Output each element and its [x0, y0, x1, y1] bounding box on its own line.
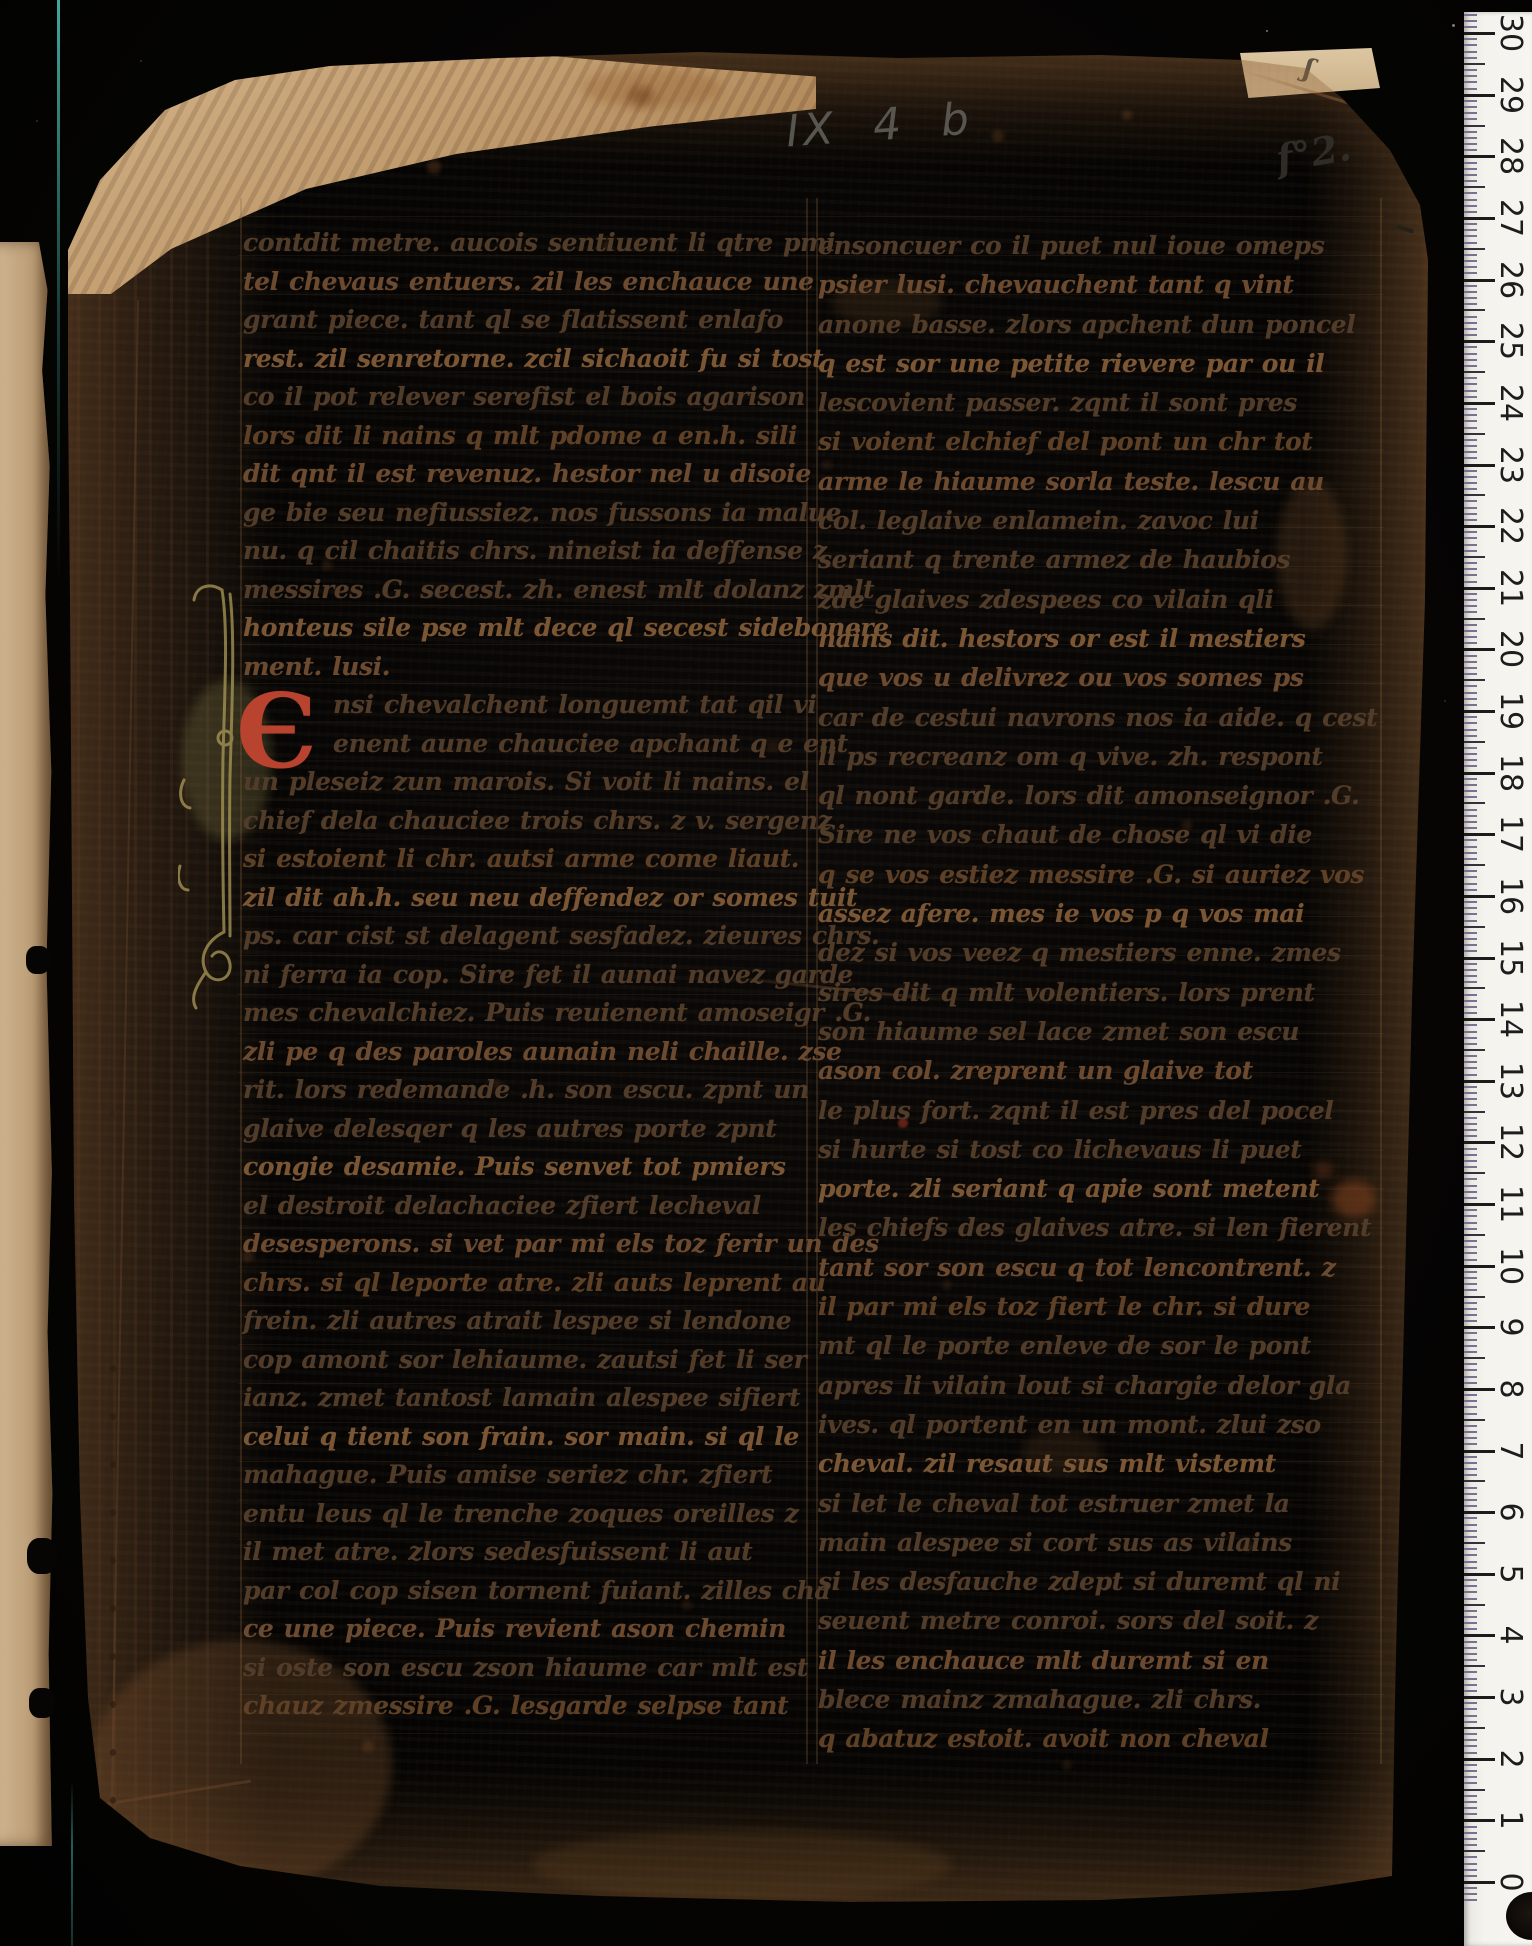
ruler-tick: [1464, 439, 1477, 441]
ruler-number: 17: [1480, 804, 1532, 864]
ruler-tick: [1464, 1252, 1477, 1254]
ruler-tick: [1464, 1154, 1477, 1156]
ruler-tick: [1464, 1092, 1477, 1094]
manuscript-line: sires dit q mlt volentiers. lors prent: [818, 973, 1376, 1012]
ruler-number: 9: [1480, 1297, 1532, 1357]
sewing-hole: [110, 1653, 116, 1660]
ruler-tick: [1464, 1431, 1477, 1433]
ruler-tick: [1464, 692, 1477, 694]
ruler-tick: [1464, 920, 1477, 922]
ruler-tick: [1464, 38, 1477, 40]
ruler-tick: [1464, 26, 1477, 28]
facing-leaf-edge: [0, 242, 54, 1846]
dust-speck: [1266, 30, 1268, 32]
ruler-tick: [1464, 1228, 1477, 1230]
ruler-tick: [1464, 500, 1477, 502]
ruler-tick: [1464, 981, 1477, 983]
ruler-tick: [1464, 1832, 1477, 1834]
ruler-tick: [1464, 1487, 1477, 1489]
manuscript-line: rit. lors redemande .h. son escu. zpnt u…: [243, 1071, 805, 1110]
ruler-tick: [1464, 1413, 1477, 1415]
ruler-tick: [1464, 765, 1477, 767]
ruler-tick: [1464, 913, 1477, 915]
ruler-tick: [1464, 316, 1477, 318]
ruler-tick: [1464, 1129, 1477, 1131]
ruler-tick: [1464, 938, 1477, 940]
top-edge-shading: [62, 40, 1432, 170]
manuscript-line: arme le hiaume sorla teste. lescu au: [818, 462, 1376, 501]
ruler-tick: [1464, 1893, 1477, 1895]
ruler-number: 11: [1480, 1174, 1532, 1234]
manuscript-line: contdit metre. aucois sentiuent li qtre …: [243, 224, 805, 263]
ruler-tick: [1464, 297, 1477, 299]
ruler-tick: [1464, 1869, 1477, 1871]
ruler-tick: [1464, 1739, 1477, 1741]
manuscript-line: mt ql le porte enleve de sor le pont: [818, 1326, 1376, 1365]
manuscript-line: ni ferra ia cop. Sire fet il aunai navez…: [243, 956, 805, 995]
ruler-tick: [1464, 537, 1477, 539]
ruler-number: 27: [1480, 188, 1532, 248]
spine-crease: [111, 300, 139, 1800]
ruler-tick: [1464, 112, 1477, 114]
ruler-tick: [1464, 1006, 1477, 1008]
ruler-tick: [1464, 137, 1477, 139]
ruler-tick: [1464, 1561, 1477, 1563]
ruler-tick: [1464, 1308, 1477, 1310]
manuscript-line: li ps recreanz om q vive. zh. respont: [818, 737, 1376, 776]
sewing-hole: [110, 1365, 116, 1372]
ruler-tick: [1464, 1505, 1477, 1507]
ruler-tick: [1464, 254, 1477, 256]
ruler-tick: [1464, 636, 1477, 638]
manuscript-line: dez si vos veez q mestiers enne. zmes: [818, 933, 1376, 972]
manuscript-line: cop amont sor lehiaume. zautsi fet li se…: [243, 1341, 805, 1380]
ruler-tick: [1464, 1369, 1477, 1371]
ruler-tick: [1464, 396, 1477, 398]
sewing-hole: [110, 1605, 116, 1612]
manuscript-line: nsi chevalchent longuemt tat qil vi: [333, 686, 805, 725]
glass-edge-line-top: [57, 0, 60, 580]
ruler-tick: [1464, 211, 1477, 213]
manuscript-line: apres li vilain lout si chargie delor gl…: [818, 1366, 1376, 1405]
ruler-number: 3: [1480, 1667, 1532, 1727]
ruler-tick: [1464, 1616, 1477, 1618]
ruler-tick: [1464, 1844, 1477, 1846]
manuscript-line: un pleseiz zun marois. Si voit li nains.…: [243, 763, 805, 802]
ruler-tick: [1464, 57, 1477, 59]
ruler-tick: [1464, 1246, 1477, 1248]
ruler-tick: [1464, 143, 1477, 145]
ruler-tick: [1464, 353, 1477, 355]
manuscript-line: congie desamie. Puis senvet tot pmiers: [243, 1148, 805, 1187]
ruler-tick: [1464, 815, 1477, 817]
manuscript-line: ason col. zreprent un glaive tot: [818, 1051, 1376, 1090]
ruler-tick: [1464, 1191, 1477, 1193]
ruler-tick: [1464, 975, 1477, 977]
manuscript-line: glaive delesqer q les autres porte zpnt: [243, 1110, 805, 1149]
ruler-tick: [1464, 611, 1477, 613]
ruler-tick: [1464, 1363, 1477, 1365]
ruler-number: 7: [1480, 1421, 1532, 1481]
manuscript-line: son hiaume sel lace zmet son escu: [818, 1012, 1376, 1051]
stub-notch: [29, 1688, 55, 1718]
ruler-tick: [1464, 1708, 1477, 1710]
ruler-tick: [1464, 1197, 1477, 1199]
manuscript-line: nu. q cil chaitis chrs. nineist ia deffe…: [243, 532, 805, 571]
ruler-tick: [1464, 1801, 1477, 1803]
ruler-tick: [1464, 235, 1477, 237]
ruler-tick: [1464, 1074, 1477, 1076]
ruler-number: 4: [1480, 1605, 1532, 1665]
ruler-tick: [1464, 1376, 1477, 1378]
ruler-number: 30: [1480, 3, 1532, 63]
ruler-tick: [1464, 581, 1477, 583]
ruler-tick: [1464, 876, 1477, 878]
ruler-tick: [1464, 1043, 1477, 1045]
ruler-tick: [1464, 359, 1477, 361]
ruler-tick: [1464, 907, 1477, 909]
ruler-number: 22: [1480, 496, 1532, 556]
ruler-tick: [1464, 1400, 1477, 1402]
manuscript-line: q se vos estiez messire .G. si auriez vo…: [818, 855, 1376, 894]
ruler-tick: [1464, 383, 1477, 385]
ruler-tick: [1464, 1770, 1477, 1772]
bottom-edge-shading: [62, 1766, 1432, 1916]
dust-speck: [140, 60, 142, 62]
centimeter-ruler: 0123456789101112131415161718192021222324…: [1464, 12, 1532, 1946]
ruler-tick: [1464, 1135, 1477, 1137]
ruler-tick: [1464, 568, 1477, 570]
ruler-number: 24: [1480, 373, 1532, 433]
ruler-tick: [1464, 1148, 1477, 1150]
ruler-tick: [1464, 747, 1477, 749]
ruler-tick: [1464, 199, 1477, 201]
ruler-tick: [1464, 1061, 1477, 1063]
ruler-number: 16: [1480, 866, 1532, 926]
sewing-hole: [110, 650, 115, 656]
ruler-tick: [1464, 131, 1477, 133]
ruler-tick: [1464, 673, 1477, 675]
manuscript-line: celui q tient son frain. sor main. si ql…: [243, 1418, 805, 1457]
ruler-tick: [1464, 550, 1477, 552]
ruler-tick: [1464, 1123, 1477, 1125]
ruler-tick: [1464, 1345, 1477, 1347]
sewing-hole: [110, 1461, 116, 1468]
ruler-number: 2: [1480, 1729, 1532, 1789]
ruler-tick: [1464, 1178, 1477, 1180]
ruler-tick: [1464, 1647, 1477, 1649]
ruler-tick: [1464, 100, 1477, 102]
manuscript-line: blece mainz zmahague. zli chrs.: [818, 1680, 1376, 1719]
sewing-hole: [110, 1413, 116, 1420]
ruler-tick: [1464, 1314, 1477, 1316]
ruler-tick: [1464, 303, 1477, 305]
foxing-spot: [1122, 110, 1132, 120]
ruler-tick: [1464, 1067, 1477, 1069]
ruler-tick: [1464, 205, 1477, 207]
manuscript-line: il par mi els toz fiert le chr. si dure: [818, 1287, 1376, 1326]
manuscript-line: tant sor son escu q tot lencontrent. z: [818, 1248, 1376, 1287]
gutter-shading: [62, 140, 272, 1880]
ruler-tick: [1464, 1610, 1477, 1612]
manuscript-line: ment. lusi.: [243, 648, 805, 687]
ruler-number: 18: [1480, 743, 1532, 803]
ruler-tick: [1464, 729, 1477, 731]
ruler-tick: [1464, 1425, 1477, 1427]
manuscript-line: si les desfauche zdept si duremt ql ni: [818, 1562, 1376, 1601]
ruler-tick: [1464, 328, 1477, 330]
ruler-tick: [1464, 698, 1477, 700]
ruler-tick: [1464, 599, 1477, 601]
ruler-tick: [1464, 1715, 1477, 1717]
ruler-tick: [1464, 531, 1477, 533]
ruler-number: 20: [1480, 619, 1532, 679]
ruler-tick: [1464, 1283, 1477, 1285]
ruler-tick: [1464, 1037, 1477, 1039]
manuscript-line: nains dit. hestors or est il mestiers: [818, 619, 1376, 658]
ruler-tick: [1464, 1548, 1477, 1550]
ruler-tick: [1464, 722, 1477, 724]
manuscript-line: messires .G. secest. zh. enest mlt dolan…: [243, 571, 805, 610]
ruler-tick: [1464, 1160, 1477, 1162]
ruler-tick: [1464, 1899, 1477, 1901]
foxing-spot: [362, 1740, 374, 1752]
ruler-tick: [1464, 1628, 1477, 1630]
ruler-tick: [1464, 1579, 1477, 1581]
ruler-number: 8: [1480, 1359, 1532, 1419]
ruler-tick: [1464, 685, 1477, 687]
ruler-tick: [1464, 88, 1477, 90]
ruler-tick: [1464, 408, 1477, 410]
ruler-tick: [1464, 969, 1477, 971]
ruler-tick: [1464, 476, 1477, 478]
foxing-spot: [1062, 1760, 1072, 1770]
ruler-tick: [1464, 1474, 1477, 1476]
manuscript-line: le plus fort. zqnt il est pres del pocel: [818, 1091, 1376, 1130]
ruler-tick: [1464, 1690, 1477, 1692]
ruler-tick: [1464, 950, 1477, 952]
ruler-tick: [1464, 51, 1477, 53]
ruler-tick: [1464, 390, 1477, 392]
ruler-tick: [1464, 889, 1477, 891]
manuscript-line: honteus sile pse mlt dece ql secest side…: [243, 609, 805, 648]
foxing-spot: [992, 130, 1004, 142]
ruler-tick: [1464, 932, 1477, 934]
manuscript-line: assez afere. mes ie vos p q vos mai: [818, 894, 1376, 933]
ruler-tick: [1464, 1166, 1477, 1168]
ruler-tick: [1464, 778, 1477, 780]
ruler-tick: [1464, 605, 1477, 607]
ruler-tick: [1464, 482, 1477, 484]
foxing-spot: [427, 160, 441, 174]
ruler-tick: [1464, 1332, 1477, 1334]
ruler-tick: [1464, 1209, 1477, 1211]
ruler-tick: [1464, 291, 1477, 293]
ruler-tick: [1464, 655, 1477, 657]
ruler-tick: [1464, 192, 1477, 194]
ruler-tick: [1464, 1031, 1477, 1033]
ruler-tick: [1464, 883, 1477, 885]
ruler-tick: [1464, 1591, 1477, 1593]
ruler-tick: [1464, 593, 1477, 595]
ruler-number: 13: [1480, 1051, 1532, 1111]
ruler-tick: [1464, 994, 1477, 996]
ruler-tick: [1464, 106, 1477, 108]
ruler-tick: [1464, 716, 1477, 718]
ruler-tick: [1464, 1222, 1477, 1224]
sewing-hole: [110, 420, 115, 426]
manuscript-line: car de cestui navrons nos ia aide. q ces…: [818, 698, 1376, 737]
ruler-tick: [1464, 1339, 1477, 1341]
manuscript-line: grant piece. tant ql se flatissent enlaf…: [243, 301, 805, 340]
ruler-tick: [1464, 1826, 1477, 1828]
manuscript-line: zli pe q des paroles aunain neli chaille…: [243, 1033, 805, 1072]
ruler-tick: [1464, 272, 1477, 274]
ruler-tick: [1464, 162, 1477, 164]
ruler-tick: [1464, 14, 1477, 16]
ruler-tick: [1464, 1807, 1477, 1809]
ruler-tick: [1464, 1875, 1477, 1877]
ruler-number: 6: [1480, 1482, 1532, 1542]
ruler-tick: [1464, 784, 1477, 786]
ruler-tick: [1464, 574, 1477, 576]
ruler-tick: [1464, 1524, 1477, 1526]
manuscript-line: cheval. zil resaut sus mlt vistemt: [818, 1444, 1376, 1483]
manuscript-line: anone basse. zlors apchent dun poncel: [818, 305, 1376, 344]
ruler-number: 25: [1480, 311, 1532, 371]
manuscript-line: ianz. zmet tantost lamain alespee sifier…: [243, 1379, 805, 1418]
manuscript-line: chief dela chauciee trois chrs. z v. ser…: [243, 802, 805, 841]
dust-speck: [1452, 24, 1455, 27]
ruler-tick: [1464, 1752, 1477, 1754]
ruler-tick: [1464, 118, 1477, 120]
manuscript-line: ps. car cist st delagent sesfadez. zieur…: [243, 917, 805, 956]
manuscript-line: si hurte si tost co lichevaus li puet: [818, 1130, 1376, 1169]
ruler-tick: [1464, 1493, 1477, 1495]
ruler-tick: [1464, 427, 1477, 429]
manuscript-line: ce une piece. Puis revient ason chemin: [243, 1610, 805, 1649]
sewing-hole: [110, 1110, 115, 1116]
ruler-tick: [1464, 661, 1477, 663]
ruler-number: 21: [1480, 558, 1532, 618]
ruler-tick: [1464, 44, 1477, 46]
ruler-tick: [1464, 1185, 1477, 1187]
ruler-tick: [1464, 488, 1477, 490]
manuscript-line: mes chevalchiez. Puis reuienent amoseigr…: [243, 994, 805, 1033]
ruler-tick: [1464, 1055, 1477, 1057]
ruler-tick: [1464, 507, 1477, 509]
ruler-tick: [1464, 1456, 1477, 1458]
ruler-tick: [1464, 1259, 1477, 1261]
ruler-tick: [1464, 168, 1477, 170]
sewing-hole: [110, 1749, 116, 1756]
ruler-tick: [1464, 1098, 1477, 1100]
manuscript-line: dit qnt il est revenuz. hestor nel u dis…: [243, 455, 805, 494]
ruler-tick: [1464, 667, 1477, 669]
manuscript-line: lors dit li nains q mlt pdome a en.h. si…: [243, 417, 805, 456]
ruler-number: 5: [1480, 1544, 1532, 1604]
manuscript-line: frein. zli autres atrait lespee si lendo…: [243, 1302, 805, 1341]
manuscript-line: les chiefs des glaives atre. si len fier…: [818, 1208, 1376, 1247]
ruler-tick: [1464, 944, 1477, 946]
ruler-tick: [1464, 1277, 1477, 1279]
manuscript-line: entu leus ql le trenche zoques oreilles …: [243, 1495, 805, 1534]
ruler-tick: [1464, 346, 1477, 348]
ruler-tick: [1464, 1653, 1477, 1655]
ruler-tick: [1464, 901, 1477, 903]
ruler-tick: [1464, 704, 1477, 706]
ruler-tick: [1464, 365, 1477, 367]
ruler-number: 26: [1480, 250, 1532, 310]
ruler-tick: [1464, 20, 1477, 22]
ruler-tick: [1464, 1641, 1477, 1643]
ruler-tick: [1464, 1117, 1477, 1119]
ruler-tick: [1464, 229, 1477, 231]
ruler-tick: [1464, 1289, 1477, 1291]
ruler-tick: [1464, 445, 1477, 447]
manuscript-line: rest. zil senretorne. zcil sichaoit fu s…: [243, 340, 805, 379]
ruler-tick: [1464, 1530, 1477, 1532]
ruler-number: 14: [1480, 989, 1532, 1049]
manuscript-line: chrs. si ql leporte atre. zli auts lepre…: [243, 1264, 805, 1303]
ruler-tick: [1464, 858, 1477, 860]
fold-crease: [93, 1780, 251, 1808]
manuscript-line: mahague. Puis amise seriez chr. zfiert: [243, 1456, 805, 1495]
ruler-tick: [1464, 642, 1477, 644]
ruler-tick: [1464, 1887, 1477, 1889]
manuscript-line: col. leglaive enlamein. zavoc lui: [818, 501, 1376, 540]
manuscript-line: main alespee si cort sus as vilains: [818, 1523, 1376, 1562]
sewing-hole: [110, 1701, 116, 1708]
ruler-tick: [1464, 1856, 1477, 1858]
ruler-tick: [1464, 821, 1477, 823]
ruler-tick: [1464, 266, 1477, 268]
ruler-tick: [1464, 451, 1477, 453]
ruler-tick: [1464, 1659, 1477, 1661]
ruler-tick: [1464, 753, 1477, 755]
ruler-tick: [1464, 1240, 1477, 1242]
ruler-tick: [1464, 1000, 1477, 1002]
stub-notch: [26, 946, 50, 974]
stain: [582, 68, 722, 108]
manuscript-line: zde glaives zdespees co vilain qli: [818, 580, 1376, 619]
ruler-tick: [1464, 839, 1477, 841]
ruler-tick: [1464, 1215, 1477, 1217]
ruler-tick: [1464, 519, 1477, 521]
ruler-tick: [1464, 1517, 1477, 1519]
stain: [532, 1830, 952, 1900]
manuscript-line: porte. zli seriant q apie sont metent: [818, 1169, 1376, 1208]
ruler-tick: [1464, 1104, 1477, 1106]
ruler-tick: [1464, 1702, 1477, 1704]
ruler-tick: [1464, 1302, 1477, 1304]
ruler-number: 12: [1480, 1112, 1532, 1172]
manuscript-line: co il pot relever serefist el bois agari…: [243, 378, 805, 417]
manuscript-line: il met atre. zlors sedesfuissent li aut: [243, 1533, 805, 1572]
manuscript-line: lescovient passer. zqnt il sont pres: [818, 383, 1376, 422]
manuscript-line: ives. ql portent en un mont. zlui zso: [818, 1405, 1376, 1444]
ruler-tick: [1464, 624, 1477, 626]
ruler-tick: [1464, 1012, 1477, 1014]
ruler-tick: [1464, 735, 1477, 737]
manuscript-line: ge bie seu nefiussiez. nos fussons ia ma…: [243, 494, 805, 533]
ruler-tick: [1464, 790, 1477, 792]
ruler-tick: [1464, 1684, 1477, 1686]
ruler-number: 15: [1480, 928, 1532, 988]
ruler-tick: [1464, 1086, 1477, 1088]
ruler-tick: [1464, 846, 1477, 848]
ruler-tick: [1464, 562, 1477, 564]
